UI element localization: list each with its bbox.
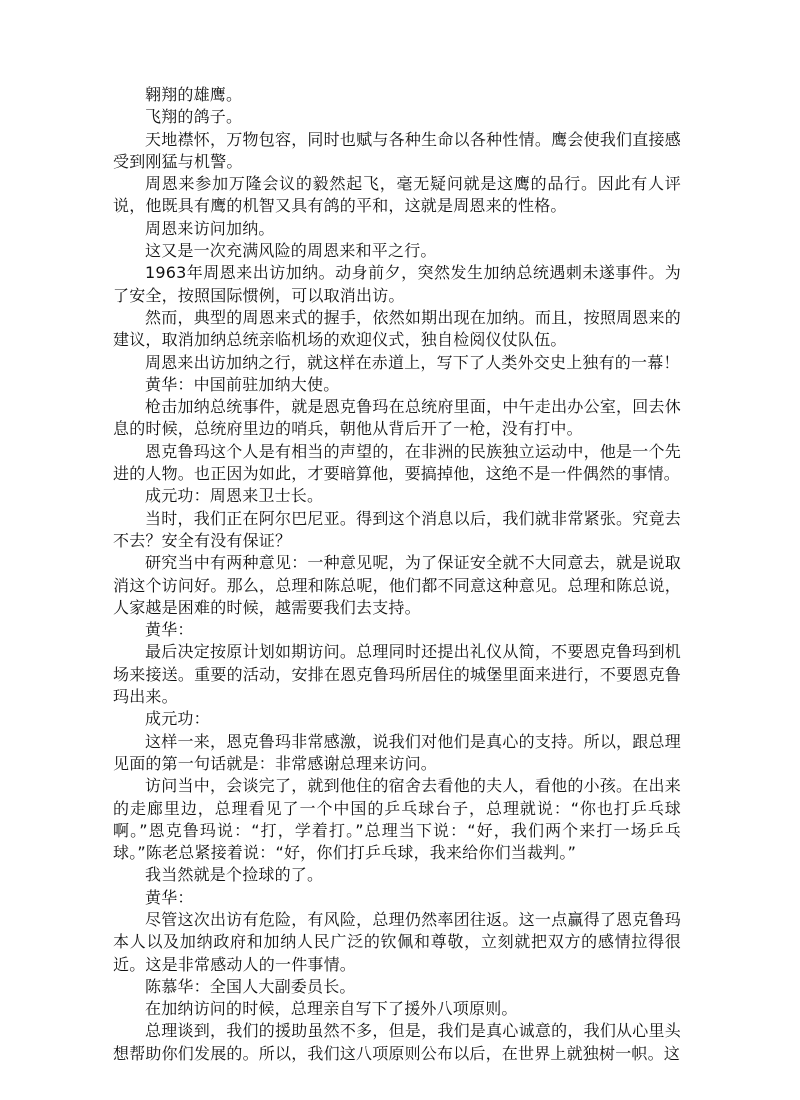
paragraph: 周恩来出访加纳之行，就这样在赤道上，写下了人类外交史上独有的一幕！: [113, 352, 681, 374]
paragraph: 访问当中，会谈完了，就到他住的宿舍去看他的夫人，看他的小孩。在出来的走廊里边，总…: [113, 775, 681, 864]
paragraph: 天地襟怀，万物包容，同时也赋与各种生命以各种性情。鹰会使我们直接感受到刚猛与机警…: [113, 129, 681, 174]
document-body: 翱翔的雄鹰。 飞翔的鸽子。 天地襟怀，万物包容，同时也赋与各种生命以各种性情。鹰…: [113, 84, 681, 1065]
paragraph: 1963年周恩来出访加纳。动身前夕，突然发生加纳总统遇刺未遂事件。为了安全，按照…: [113, 262, 681, 307]
paragraph: 总理谈到，我们的援助虽然不多，但是，我们是真心诚意的，我们从心里头想帮助你们发展…: [113, 1020, 681, 1065]
paragraph: 这样一来，恩克鲁玛非常感激，说我们对他们是真心的支持。所以，跟总理见面的第一句话…: [113, 731, 681, 776]
paragraph: 研究当中有两种意见：一种意见呢，为了保证安全就不大同意去，就是说取消这个访问好。…: [113, 552, 681, 619]
paragraph: 尽管这次出访有危险，有风险，总理仍然率团往返。这一点赢得了恩克鲁玛本人以及加纳政…: [113, 909, 681, 976]
speaker-label: 黄华：: [113, 887, 681, 909]
paragraph: 飞翔的鸽子。: [113, 106, 681, 128]
paragraph: 恩克鲁玛这个人是有相当的声望的，在非洲的民族独立运动中，他是一个先进的人物。也正…: [113, 441, 681, 486]
paragraph: 枪击加纳总统事件，就是恩克鲁玛在总统府里面，中午走出办公室，回去休息的时候，总统…: [113, 396, 681, 441]
paragraph: 我当然就是个捡球的了。: [113, 864, 681, 886]
paragraph: 翱翔的雄鹰。: [113, 84, 681, 106]
paragraph: 这又是一次充满风险的周恩来和平之行。: [113, 240, 681, 262]
speaker-label: 黄华：: [113, 619, 681, 641]
speaker-label: 成元功：: [113, 708, 681, 730]
speaker-intro: 黄华：中国前驻加纳大使。: [113, 374, 681, 396]
speaker-intro: 陈慕华：全国人大副委员长。: [113, 976, 681, 998]
paragraph: 然而，典型的周恩来式的握手，依然如期出现在加纳。而且，按照周恩来的建议，取消加纳…: [113, 307, 681, 352]
paragraph: 在加纳访问的时候，总理亲自写下了援外八项原则。: [113, 998, 681, 1020]
paragraph: 当时，我们正在阿尔巴尼亚。得到这个消息以后，我们就非常紧张。究竟去不去？安全有没…: [113, 508, 681, 553]
paragraph: 最后决定按原计划如期访问。总理同时还提出礼仪从简，不要恩克鲁玛到机场来接送。重要…: [113, 641, 681, 708]
speaker-intro: 成元功：周恩来卫士长。: [113, 485, 681, 507]
paragraph: 周恩来参加万隆会议的毅然起飞，毫无疑问就是这鹰的品行。因此有人评说，他既具有鹰的…: [113, 173, 681, 218]
paragraph: 周恩来访问加纳。: [113, 218, 681, 240]
